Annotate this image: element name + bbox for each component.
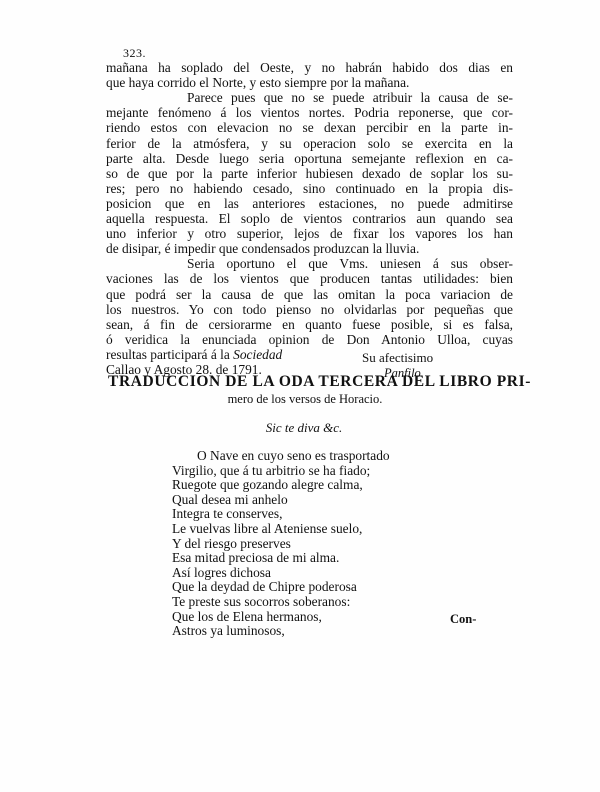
text-line: ferior de la atmósfera, y su operacion s…	[106, 136, 513, 152]
verse-line: Astros ya luminosos,	[172, 623, 285, 639]
epigraph: Sic te diva &c.	[0, 420, 600, 436]
verse-line: Te preste sus socorros soberanos:	[172, 594, 350, 610]
text-line: ó veridica la enunciada opinion de Don A…	[106, 332, 513, 348]
catchword: Con-	[450, 612, 476, 627]
dateline: Callao y Agosto 28. de 1791.	[106, 362, 513, 378]
verse-line: Que la deydad de Chipre poderosa	[172, 579, 357, 595]
text-line: so de que por la parte inferior hubiesen…	[106, 166, 513, 182]
ode-subheading: mero de los versos de Horacio.	[0, 392, 600, 407]
verse-line: Ruegote que gozando alegre calma,	[172, 477, 363, 493]
verse-line: Esa mitad preciosa de mi alma.	[172, 550, 339, 566]
verse-line: Y del riesgo preserves	[172, 536, 291, 552]
text-line: mejante fenómeno á los vientos nortes. P…	[106, 105, 513, 121]
text-line: que podrá ser la causa de que las omitan…	[106, 287, 513, 303]
verse-line: Que los de Elena hermanos,	[172, 609, 322, 625]
verse-line: Integra te conserves,	[172, 506, 282, 522]
results-line: resultas participará á la Sociedad	[106, 347, 513, 363]
text-line: res; pero no habiendo cesado, sino conti…	[106, 181, 513, 197]
text-line: Parece pues que no se puede atribuir la …	[187, 90, 513, 106]
verse-line: Le vuelvas libre al Ateniense suelo,	[172, 521, 362, 537]
text-line: parte alta. Desde luego seria oportuna s…	[106, 151, 513, 167]
text-line: aquella respuesta. El soplo de vientos c…	[106, 211, 513, 227]
verse-line: Así logres dichosa	[172, 565, 271, 581]
text-line: de disipar, é impedir que condensados pr…	[106, 241, 513, 257]
text-line: posicion que en las anteriores estacione…	[106, 196, 513, 212]
text-line: mañana ha soplado del Oeste, y no habrán…	[106, 60, 513, 76]
text-line: sean, á fin de cersiorarme en quanto fue…	[106, 317, 513, 333]
text-line: vaciones las de los vientos que producen…	[106, 271, 513, 287]
text-line: riendo estos con elevacion no se dexan p…	[106, 120, 513, 136]
verse-line: O Nave en cuyo seno es trasportado	[197, 448, 390, 464]
text-line: Seria oportuno el que Vms. uniesen á sus…	[187, 256, 513, 272]
page-number: 323.	[123, 46, 146, 61]
text-line: los nuestros. Yo con todo pienso no olvi…	[106, 302, 513, 318]
verse-line: Qual desea mi anhelo	[172, 492, 288, 508]
document-page: 323. mañana ha soplado del Oeste, y no h…	[0, 0, 600, 792]
text-line: uno inferior y otro superior, lejos de f…	[106, 226, 513, 242]
society-italic: Sociedad	[233, 347, 282, 362]
verse-line: Virgilio, que á tu arbitrio se ha fiado;	[172, 463, 370, 479]
text-line: que haya corrido el Norte, y esto siempr…	[106, 75, 513, 91]
